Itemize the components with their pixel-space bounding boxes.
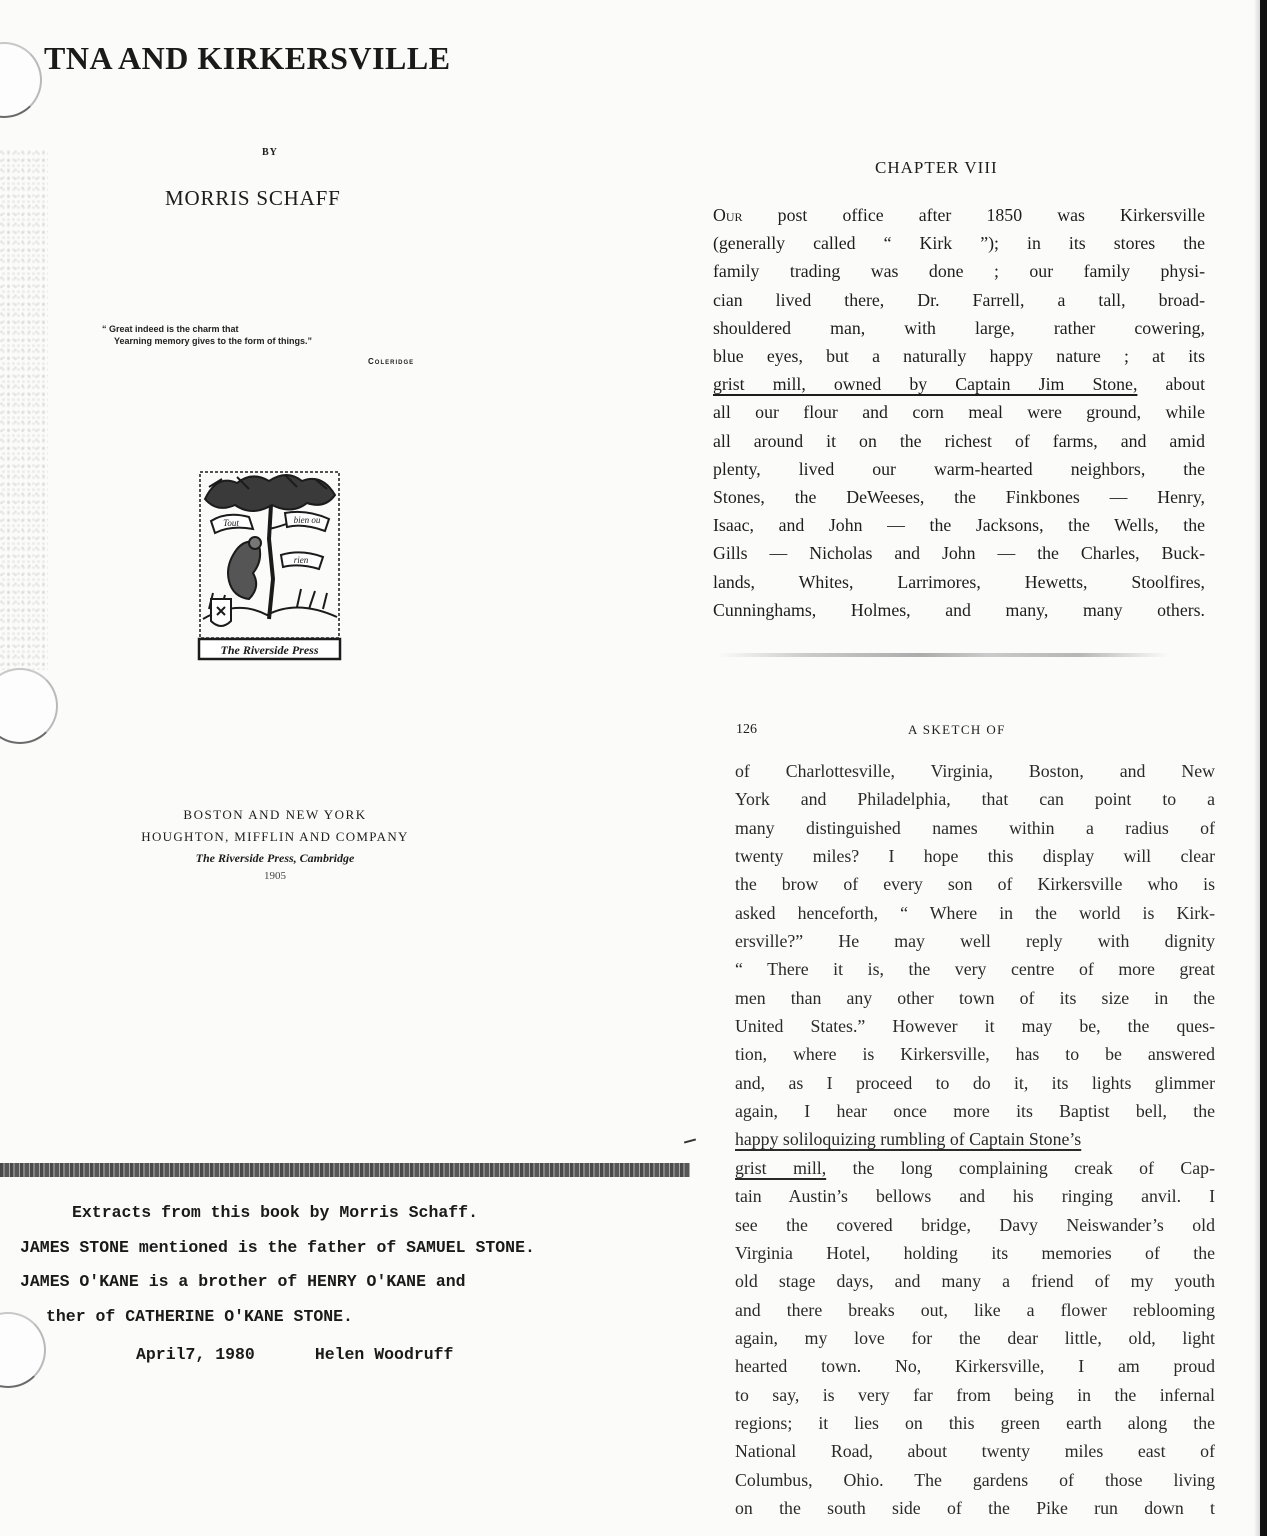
text-line: grist mill, the long complaining creak o… [735, 1154, 1215, 1182]
line-text: all around it on the richest of farms, a… [713, 431, 1205, 451]
text-line: Virginia Hotel, holding its memories of … [735, 1239, 1215, 1267]
page-number: 126 [736, 722, 757, 738]
epigraph-line-2: Yearning memory gives to the form of thi… [102, 335, 312, 347]
text-line: family trading was done ; our family phy… [713, 257, 1205, 285]
text-line: lands, Whites, Larrimores, Hewetts, Stoo… [713, 568, 1205, 596]
line-text: plenty, lived our warm-hearted neighbors… [713, 459, 1205, 479]
small-caps-opening: Our [713, 205, 743, 225]
line-text: (generally called “ Kirk ”); in its stor… [713, 233, 1205, 253]
line-text: on the south side of the Pike run down t [735, 1498, 1215, 1518]
line-text: Cunninghams, Holmes, and many, many othe… [713, 600, 1205, 620]
text-line: shouldered man, with large, rather cower… [713, 314, 1205, 342]
binder-hole-middle [0, 668, 58, 744]
line-text: and there breaks out, like a flower rebl… [735, 1300, 1215, 1320]
underlined-passage: grist mill, owned by Captain Jim Stone, [713, 374, 1137, 394]
page-separator [718, 653, 1168, 657]
text-line: blue eyes, but a naturally happy nature … [713, 342, 1205, 370]
text-line: asked henceforth, “ Where in the world i… [735, 899, 1215, 927]
by-label: BY [262, 147, 278, 158]
text-line: happy soliloquizing rumbling of Captain … [735, 1125, 1215, 1153]
typed-note: Extracts from this book by Morris Schaff… [20, 1196, 700, 1373]
line-text: regions; it lies on this green earth alo… [735, 1413, 1215, 1433]
text-line: grist mill, owned by Captain Jim Stone, … [713, 370, 1205, 398]
line-text: tion, where is Kirkersville, has to be a… [735, 1044, 1215, 1064]
text-line: many distinguished names within a radius… [735, 814, 1215, 842]
imprint-cities: BOSTON AND NEW YORK [100, 804, 450, 826]
scan-edge [1260, 0, 1267, 1536]
line-text: again, my love for the dear little, old,… [735, 1328, 1215, 1348]
note-line-3: JAMES O'KANE is a brother of HENRY O'KAN… [20, 1265, 700, 1300]
text-line: all around it on the richest of farms, a… [713, 427, 1205, 455]
book-author: MORRIS SCHAFF [165, 186, 341, 211]
line-text: “ There it is, the very centre of more g… [735, 959, 1215, 979]
epigraph-attribution: Coleridge [368, 357, 414, 366]
line-text: National Road, about twenty miles east o… [735, 1441, 1215, 1461]
imprint: BOSTON AND NEW YORK HOUGHTON, MIFFLIN AN… [100, 804, 450, 883]
line-text: tain Austin’s bellows and his ringing an… [735, 1186, 1215, 1206]
line-text: see the covered bridge, Davy Neiswander’… [735, 1215, 1215, 1235]
book-page-chapter-viii: Our post office after 1850 was Kirkersvi… [713, 201, 1205, 624]
text-line: Our post office after 1850 was Kirkersvi… [713, 201, 1205, 229]
line-text: lands, Whites, Larrimores, Hewetts, Stoo… [713, 572, 1205, 592]
margin-mark [684, 1138, 696, 1143]
line-text: asked henceforth, “ Where in the world i… [735, 903, 1215, 923]
text-line: regions; it lies on this green earth alo… [735, 1409, 1215, 1437]
text-line: men than any other town of its size in t… [735, 984, 1215, 1012]
text-line: and there breaks out, like a flower rebl… [735, 1296, 1215, 1324]
riverside-press-colophon-icon: The Riverside Press Tout bien ou rien [197, 469, 342, 661]
text-line: plenty, lived our warm-hearted neighbors… [713, 455, 1205, 483]
note-signature: Helen Woodruff [255, 1345, 454, 1364]
note-line-4: ther of CATHERINE O'KANE STONE. [20, 1300, 700, 1335]
text-line: all our flour and corn meal were ground,… [713, 398, 1205, 426]
line-text: Gills — Nicholas and John — the Charles,… [713, 543, 1205, 563]
running-head: A SKETCH OF [908, 722, 1006, 738]
underlined-passage: grist mill, [735, 1158, 826, 1178]
text-line: to say, is very far from being in the in… [735, 1381, 1215, 1409]
epigraph-line-1: “ Great indeed is the charm that [102, 323, 312, 335]
line-text: the brow of every son of Kirkersville wh… [735, 874, 1215, 894]
epigraph: “ Great indeed is the charm that Yearnin… [102, 323, 312, 347]
line-text: all our flour and corn meal were ground,… [713, 402, 1205, 422]
line-text: Virginia Hotel, holding its memories of … [735, 1243, 1215, 1263]
line-text: again, I hear once more its Baptist bell… [735, 1101, 1215, 1121]
line-text: family trading was done ; our family phy… [713, 261, 1205, 281]
text-line: United States.” However it may be, the q… [735, 1012, 1215, 1040]
book-title: TNA AND KIRKERSVILLE [44, 40, 451, 77]
note-date: April7, 1980 [136, 1345, 255, 1364]
book-page-126: of Charlottesville, Virginia, Boston, an… [735, 757, 1215, 1522]
line-text: Isaac, and John — the Jacksons, the Well… [713, 515, 1205, 535]
scan-noise [0, 150, 48, 670]
line-text: Stones, the DeWeeses, the Finkbones — He… [713, 487, 1205, 507]
text-line: National Road, about twenty miles east o… [735, 1437, 1215, 1465]
note-line-1: Extracts from this book by Morris Schaff… [20, 1196, 700, 1231]
svg-text:The Riverside Press: The Riverside Press [221, 643, 319, 657]
line-text: about [1137, 374, 1205, 394]
chapter-heading: CHAPTER VIII [875, 158, 998, 178]
text-line: hearted town. No, Kirkersville, I am pro… [735, 1352, 1215, 1380]
line-text: twenty miles? I hope this display will c… [735, 846, 1215, 866]
text-line: Isaac, and John — the Jacksons, the Well… [713, 511, 1205, 539]
binder-hole-top [0, 42, 42, 118]
imprint-publisher: HOUGHTON, MIFFLIN AND COMPANY [100, 826, 450, 848]
imprint-year: 1905 [100, 869, 450, 883]
text-line: Gills — Nicholas and John — the Charles,… [713, 539, 1205, 567]
line-text: the long complaining creak of Cap- [826, 1158, 1215, 1178]
text-line: and, as I proceed to do it, its lights g… [735, 1069, 1215, 1097]
text-line: see the covered bridge, Davy Neiswander’… [735, 1211, 1215, 1239]
line-text: old stage days, and many a friend of my … [735, 1271, 1215, 1291]
note-line-2: JAMES STONE mentioned is the father of S… [20, 1231, 700, 1266]
line-text: Columbus, Ohio. The gardens of those liv… [735, 1470, 1215, 1490]
text-line: Cunninghams, Holmes, and many, many othe… [713, 596, 1205, 624]
text-line: old stage days, and many a friend of my … [735, 1267, 1215, 1295]
text-line: Stones, the DeWeeses, the Finkbones — He… [713, 483, 1205, 511]
svg-text:rien: rien [294, 555, 309, 565]
line-text: York and Philadelphia, that can point to… [735, 789, 1215, 809]
line-text: to say, is very far from being in the in… [735, 1385, 1215, 1405]
svg-text:Tout: Tout [223, 518, 239, 528]
text-line: York and Philadelphia, that can point to… [735, 785, 1215, 813]
line-text: cian lived there, Dr. Farrell, a tall, b… [713, 290, 1205, 310]
line-text: many distinguished names within a radius… [735, 818, 1215, 838]
line-text: men than any other town of its size in t… [735, 988, 1215, 1008]
line-text: of Charlottesville, Virginia, Boston, an… [735, 761, 1215, 781]
text-line: Columbus, Ohio. The gardens of those liv… [735, 1466, 1215, 1494]
text-line: tain Austin’s bellows and his ringing an… [735, 1182, 1215, 1210]
line-text: hearted town. No, Kirkersville, I am pro… [735, 1356, 1215, 1376]
text-line: of Charlottesville, Virginia, Boston, an… [735, 757, 1215, 785]
text-line: ersville?” He may well reply with dignit… [735, 927, 1215, 955]
line-text: ersville?” He may well reply with dignit… [735, 931, 1215, 951]
scan-band [0, 1163, 690, 1177]
line-text: shouldered man, with large, rather cower… [713, 318, 1205, 338]
line-text: and, as I proceed to do it, its lights g… [735, 1073, 1215, 1093]
note-signoff: April7, 1980Helen Woodruff [20, 1338, 700, 1373]
svg-text:bien ou: bien ou [294, 515, 321, 525]
text-line: again, I hear once more its Baptist bell… [735, 1097, 1215, 1125]
line-text: post office after 1850 was Kirkersville [743, 205, 1205, 225]
text-line: on the south side of the Pike run down t [735, 1494, 1215, 1522]
text-line: (generally called “ Kirk ”); in its stor… [713, 229, 1205, 257]
imprint-press: The Riverside Press, Cambridge [100, 848, 450, 869]
text-line: twenty miles? I hope this display will c… [735, 842, 1215, 870]
text-line: tion, where is Kirkersville, has to be a… [735, 1040, 1215, 1068]
text-line: the brow of every son of Kirkersville wh… [735, 870, 1215, 898]
text-line: “ There it is, the very centre of more g… [735, 955, 1215, 983]
underlined-passage: happy soliloquizing rumbling of Captain … [735, 1129, 1081, 1149]
line-text: blue eyes, but a naturally happy nature … [713, 346, 1205, 366]
line-text: United States.” However it may be, the q… [735, 1016, 1215, 1036]
text-line: again, my love for the dear little, old,… [735, 1324, 1215, 1352]
text-line: cian lived there, Dr. Farrell, a tall, b… [713, 286, 1205, 314]
